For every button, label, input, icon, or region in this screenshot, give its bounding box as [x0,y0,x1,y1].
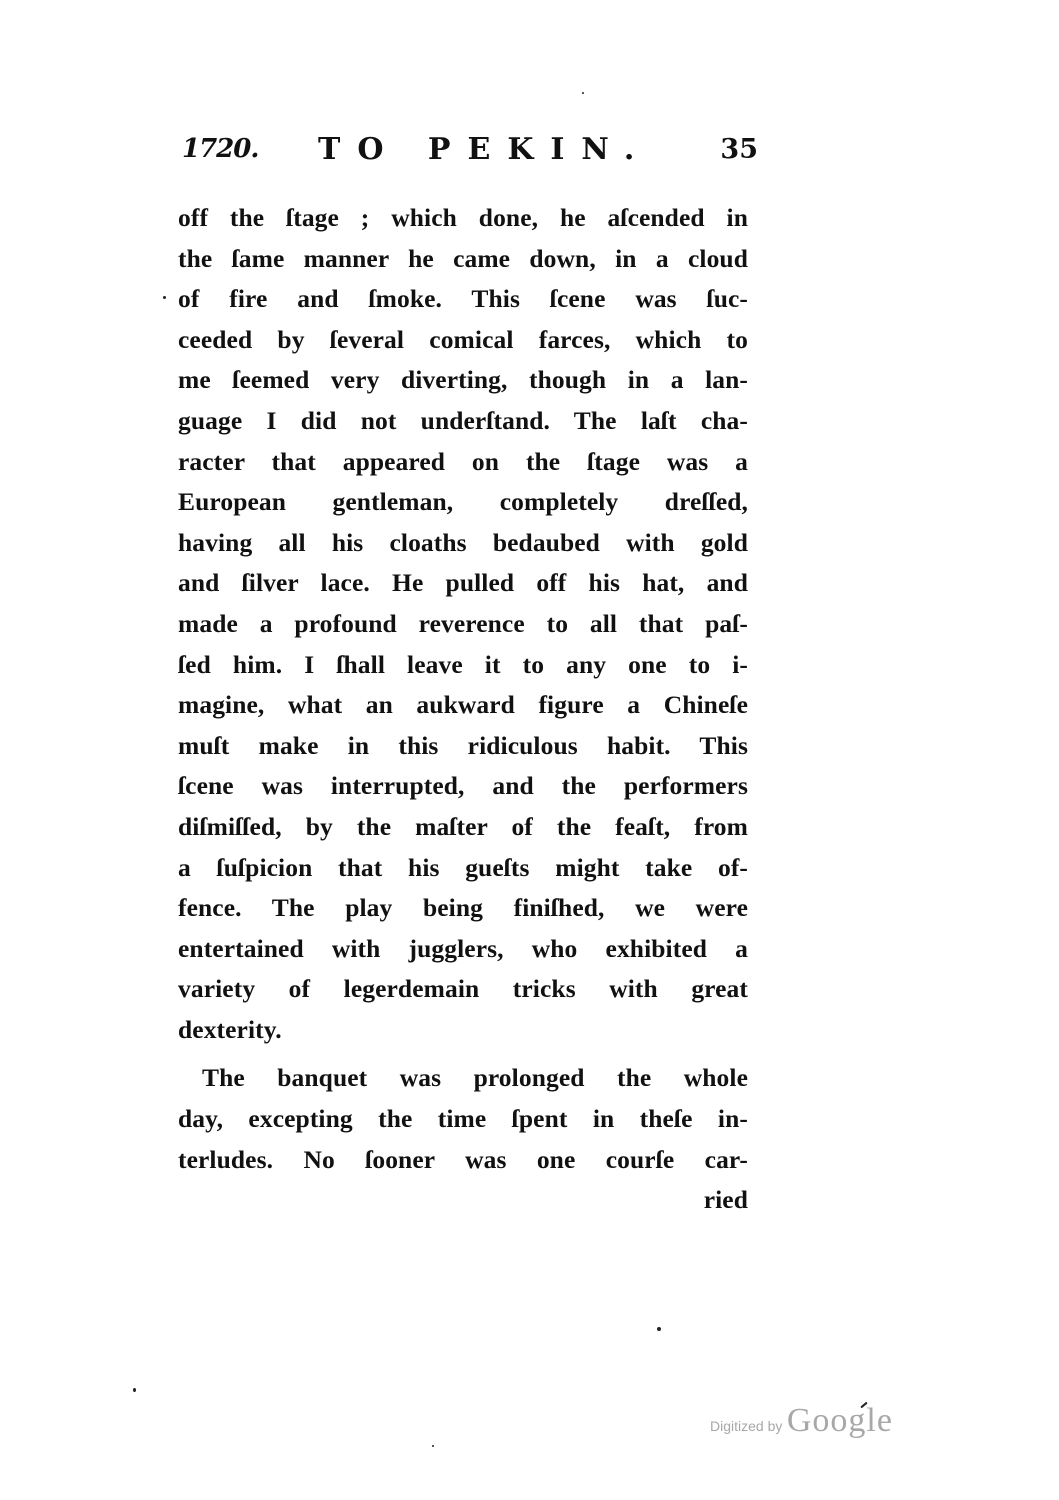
text-line: magine, what an aukward figure a Chineſe [178,685,748,726]
catchword: ried [178,1180,748,1221]
text-line: fence. The play being finiſhed, we were [178,888,748,929]
text-line: entertained with jugglers, who exhibited… [178,929,748,970]
page-body: off the ſtage ; which done, he aſcended … [178,198,748,1221]
text-line: of fire and ſmoke. This ſcene was ſuc- [178,279,748,320]
text-line: terludes. No ſooner was one courſe car- [178,1140,748,1181]
text-line: diſmiſſed, by the maſter of the feaſt, f… [178,807,748,848]
text-line: off the ſtage ; which done, he aſcended … [178,198,748,239]
header-title: TO PEKIN. [318,132,651,167]
text-line: The banquet was prolonged the whole [178,1058,748,1099]
text-line: made a profound reverence to all that pa… [178,604,748,645]
text-line: the ſame manner he came down, in a cloud [178,239,748,280]
text-line: guage I did not underſtand. The laſt cha… [178,401,748,442]
header-year: 1720. [182,134,258,164]
text-line: having all his cloaths bedaubed with gol… [178,523,748,564]
text-line: day, excepting the time ſpent in theſe i… [178,1099,748,1140]
running-header: 1720. TO PEKIN. 35 [170,132,760,172]
scan-speck [163,296,166,299]
text-line: muſt make in this ridiculous habit. This [178,726,748,767]
text-line: ſcene was interrupted, and the performer… [178,766,748,807]
scan-speck [657,1327,661,1331]
text-line: ſed him. I ſhall leave it to any one to … [178,645,748,686]
scan-speck [133,1388,136,1392]
google-logo-text: Google [787,1402,893,1439]
paragraph-1: off the ſtage ; which done, he aſcended … [178,198,748,1050]
page-number: 35 [720,134,758,165]
text-line: a ſuſpicion that his gueſts might take o… [178,848,748,889]
text-line: variety of legerdemain tricks with great [178,969,748,1010]
watermark-prefix: Digitized by [710,1418,782,1434]
scan-speck [432,1445,434,1447]
text-line: dexterity. [178,1010,748,1051]
text-line: me ſeemed very diverting, though in a la… [178,360,748,401]
text-line: and ſilver lace. He pulled off his hat, … [178,563,748,604]
text-line: European gentleman, completely dreſſed, [178,482,748,523]
text-line: ceeded by ſeveral comical farces, which … [178,320,748,361]
scan-speck [582,92,584,94]
digitized-by-google-watermark: Digitized by Google [710,1402,893,1440]
text-line: racter that appeared on the ſtage was a [178,442,748,483]
paragraph-2: The banquet was prolonged the whole day,… [178,1058,748,1180]
